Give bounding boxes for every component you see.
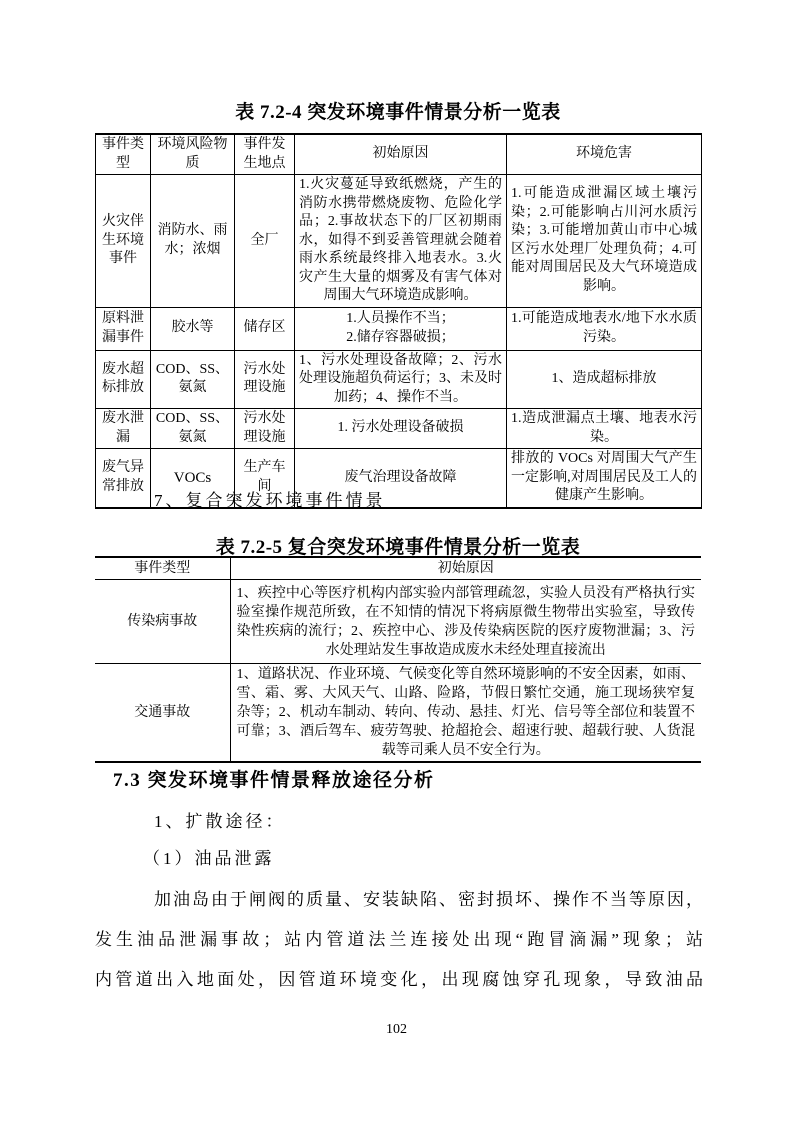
cause-cell: 1、污水处理设备故障；2、污水处理设施超负荷运行；3、未及时加药；4、操作不当。 — [295, 350, 507, 409]
location-cell: 污水处理设施 — [235, 409, 295, 449]
table1-header-event-type: 事件类型 — [96, 134, 151, 175]
event-type-cell: 原料泄漏事件 — [96, 307, 151, 350]
table1-header-risk-substance: 环境风险物质 — [151, 134, 235, 175]
table1-title: 表 7.2-4 突发环境事件情景分析一览表 — [95, 101, 701, 125]
table-row: 交通事故 1、道路状况、作业环境、气候变化等自然环境影响的不安全因素，如雨、雪、… — [95, 664, 701, 763]
location-cell: 全厂 — [235, 175, 295, 308]
hazard-cell: 1.可能造成泄漏区域土壤污染；2.可能影响占川河水质污染；3.可能增加黄山市中心… — [507, 175, 702, 308]
list-item-oil-leak: （1）油品泄露 — [143, 847, 703, 871]
event-type-cell: 废水超标排放 — [96, 350, 151, 409]
section-7-3-heading: 7.3 突发环境事件情景释放途径分析 — [113, 768, 435, 794]
paragraph-line: 加油岛由于闸阀的质量、安装缺陷、密封损坏、操作不当等原因， — [95, 888, 703, 912]
paragraph-line: 发生油品泄漏事故；站内管道法兰连接处出现“跑冒滴漏”现象；站 — [95, 928, 703, 952]
location-cell: 污水处理设施 — [235, 350, 295, 409]
table-row: 火灾伴生环境事件 消防水、雨水；浓烟 全厂 1.火灾蔓延导致纸燃烧，产生的消防水… — [96, 175, 702, 308]
table-row: 废水泄漏 COD、SS、氨氮 污水处理设施 1. 污水处理设备破损 1.造成泄漏… — [96, 409, 702, 449]
substance-cell: COD、SS、氨氮 — [151, 409, 235, 449]
table2-composite-scenario-analysis: 事件类型 初始原因 传染病事故 1、疾控中心等医疗机构内部实验内部管理疏忽，实验… — [95, 556, 701, 763]
table-row: 传染病事故 1、疾控中心等医疗机构内部实验内部管理疏忽，实验人员没有严格执行实验… — [95, 580, 701, 664]
table1-scenario-analysis: 事件类型 环境风险物质 事件发生地点 初始原因 环境危害 火灾伴生环境事件 消防… — [95, 133, 702, 509]
cause-cell: 1. 污水处理设备破损 — [295, 409, 507, 449]
cause-cell: 1.火灾蔓延导致纸燃烧，产生的消防水携带燃烧废物、危险化学品；2.事故状态下的厂… — [295, 175, 507, 308]
table2-header-row: 事件类型 初始原因 — [95, 557, 701, 580]
table1-header-env-hazard: 环境危害 — [507, 134, 702, 175]
event-type-cell: 传染病事故 — [95, 580, 230, 664]
hazard-cell: 1.造成泄漏点土壤、地表水污染。 — [507, 409, 702, 449]
table-row: 原料泄漏事件 胶水等 储存区 1.人员操作不当； 2.储存容器破损； 1.可能造… — [96, 307, 702, 350]
hazard-cell: 1、造成超标排放 — [507, 350, 702, 409]
substance-cell: COD、SS、氨氮 — [151, 350, 235, 409]
table-row: 废水超标排放 COD、SS、氨氮 污水处理设施 1、污水处理设备故障；2、污水处… — [96, 350, 702, 409]
event-type-cell: 火灾伴生环境事件 — [96, 175, 151, 308]
table1-header-initial-cause: 初始原因 — [295, 134, 507, 175]
table1-header-location: 事件发生地点 — [235, 134, 295, 175]
table2-header-event-type: 事件类型 — [95, 557, 230, 580]
event-type-cell: 交通事故 — [95, 664, 230, 763]
location-cell: 储存区 — [235, 307, 295, 350]
hazard-cell: 排放的 VOCs 对周围大气产生一定影响,对周围居民及工人的健康产生影响。 — [507, 449, 702, 508]
document-page: 表 7.2-4 突发环境事件情景分析一览表 事件类型 环境风险物质 事件发生地点… — [0, 0, 793, 1122]
event-type-cell: 废水泄漏 — [96, 409, 151, 449]
substance-cell: 胶水等 — [151, 307, 235, 350]
page-number: 102 — [0, 1022, 793, 1038]
substance-cell: 消防水、雨水；浓烟 — [151, 175, 235, 308]
list-item-diffusion-path: 1、扩散途径： — [154, 810, 703, 834]
subheading-composite-events: 7、复合突发环境事件情景 — [154, 489, 386, 513]
cause-cell: 1、疾控中心等医疗机构内部实验内部管理疏忽，实验人员没有严格执行实验室操作规范所… — [230, 580, 701, 664]
event-type-cell: 废气异常排放 — [96, 449, 151, 508]
cause-cell: 1、道路状况、作业环境、气候变化等自然环境影响的不安全因素，如雨、雪、霜、雾、大… — [230, 664, 701, 763]
paragraph-line: 内管道出入地面处，因管道环境变化，出现腐蚀穿孔现象，导致油品 — [95, 968, 703, 992]
table2-header-initial-cause: 初始原因 — [230, 557, 701, 580]
cause-cell: 1.人员操作不当； 2.储存容器破损； — [295, 307, 507, 350]
hazard-cell: 1.可能造成地表水/地下水水质污染。 — [507, 307, 702, 350]
table1-header-row: 事件类型 环境风险物质 事件发生地点 初始原因 环境危害 — [96, 134, 702, 175]
